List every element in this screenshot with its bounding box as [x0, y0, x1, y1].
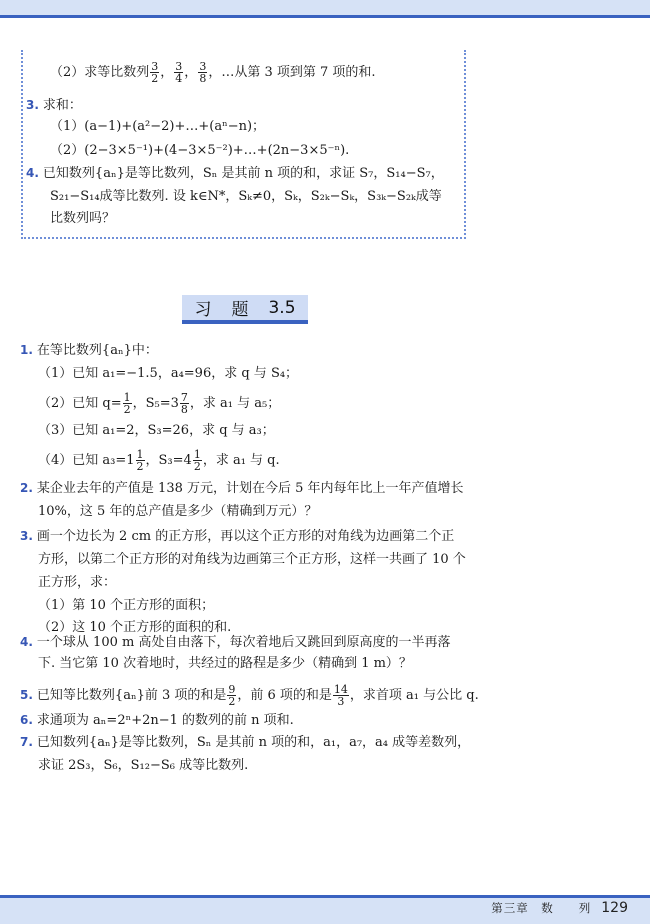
page-footer: 第三章 数 列 129 — [491, 900, 628, 916]
fraction: 78 — [180, 392, 189, 415]
problem-2: 2.某企业去年的产值是 138 万元，计划在今后 5 年内每年比上一年产值增长 — [20, 479, 464, 498]
problem-4: 4.一个球从 100 m 高处自由落下，每次着地后又跳回到原高度的一半再落 — [20, 633, 450, 652]
text: ，…从第 3 项到第 7 项的和. — [208, 65, 375, 80]
denominator: 8 — [198, 73, 207, 84]
text: 求和： — [43, 98, 82, 113]
fraction: 143 — [333, 684, 349, 707]
text: 已知数列{aₙ}是等比数列，Sₙ 是其前 n 项的和，求证 S₇，S₁₄−S₇， — [43, 166, 444, 181]
problem-1-part-2: （2）已知 q=12，S₅=378，求 a₁ 与 a₅； — [38, 392, 280, 415]
denominator: 2 — [150, 73, 159, 84]
problem-7-line-2: 求证 2S₃，S₆，S₁₂−S₆ 成等比数列. — [38, 757, 248, 775]
text: ，S₅=3 — [133, 396, 179, 411]
denominator: 2 — [123, 404, 132, 415]
text: ，求首项 a₁ 与公比 q. — [350, 688, 479, 703]
problem-4-line-2: 下. 当它第 10 次着地时，共经过的路程是多少（精确到 1 m）？ — [38, 655, 412, 673]
item-number: 6. — [20, 713, 33, 727]
item-number: 1. — [20, 343, 33, 357]
denominator: 4 — [174, 73, 183, 84]
item-number: 4. — [20, 635, 33, 649]
text: ，求 a₁ 与 q. — [203, 453, 280, 468]
item-number: 3. — [20, 529, 33, 543]
exercise-3: 3.求和： — [26, 96, 82, 115]
problem-7: 7.已知数列{aₙ}是等比数列，Sₙ 是其前 n 项的和，a₁，a₇，a₄ 成等… — [20, 733, 470, 752]
exercise-4: 4.已知数列{aₙ}是等比数列，Sₙ 是其前 n 项的和，求证 S₇，S₁₄−S… — [26, 164, 444, 183]
chapter-title: 第三章 数 列 — [491, 900, 591, 916]
page-header-band — [0, 0, 650, 15]
text: 已知数列{aₙ}是等比数列，Sₙ 是其前 n 项的和，a₁，a₇，a₄ 成等差数… — [37, 735, 470, 750]
fraction: 38 — [198, 61, 207, 84]
problem-3: 3.画一个边长为 2 cm 的正方形，再以这个正方形的对角线为边画第二个正 — [20, 527, 454, 546]
heading-number: 3.5 — [268, 298, 295, 318]
problem-6: 6.求通项为 aₙ=2ⁿ+2n−1 的数列的前 n 项和. — [20, 711, 294, 730]
problem-1: 1.在等比数列{aₙ}中： — [20, 341, 158, 360]
item-number: 4. — [26, 166, 39, 180]
text: 求通项为 aₙ=2ⁿ+2n−1 的数列的前 n 项和. — [37, 713, 294, 728]
problem-3-part-1: （1）第 10 个正方形的面积； — [38, 597, 214, 615]
page-number: 129 — [601, 900, 628, 916]
item-number: 3. — [26, 98, 39, 112]
text: ，S₃=4 — [146, 453, 192, 468]
denominator: 2 — [136, 461, 145, 472]
fraction: 32 — [150, 61, 159, 84]
text: 一个球从 100 m 高处自由落下，每次着地后又跳回到原高度的一半再落 — [37, 635, 451, 650]
problem-1-part-3: （3）已知 a₁=2，S₃=26，求 q 与 a₃； — [38, 422, 275, 440]
item-number: 7. — [20, 735, 33, 749]
exercise-3-part-1: （1）(a−1)+(a²−2)+…+(aⁿ−n)； — [50, 118, 265, 136]
denominator: 2 — [227, 696, 236, 707]
exercise-4-line-2: S₂₁−S₁₄成等比数列. 设 k∈N*，Sₖ≠0，Sₖ，S₂ₖ−Sₖ，S₃ₖ−… — [50, 188, 442, 206]
heading-char: 习 — [194, 295, 211, 320]
text: （2）已知 q= — [38, 396, 122, 411]
text: ，前 6 项的和是 — [237, 688, 332, 703]
problem-3-line-3: 正方形，求： — [38, 574, 116, 592]
text: （4）已知 a₃=1 — [38, 453, 135, 468]
exercise-3-part-2: （2）(2−3×5⁻¹)+(4−3×5⁻²)+…+(2n−3×5⁻ⁿ). — [50, 142, 349, 160]
fraction: 12 — [193, 449, 202, 472]
header-rule — [0, 15, 650, 18]
exercise-4-line-3: 比数列吗？ — [50, 210, 115, 228]
problem-1-part-4: （4）已知 a₃=112，S₃=412，求 a₁ 与 q. — [38, 449, 280, 472]
problem-2-line-2: 10%，这 5 年的总产值是多少（精确到万元）？ — [38, 503, 317, 521]
fraction: 12 — [136, 449, 145, 472]
denominator: 8 — [180, 404, 189, 415]
exercise-2-part-2: （2）求等比数列32，34，38，…从第 3 项到第 7 项的和. — [50, 61, 376, 84]
heading-char: 题 — [231, 295, 248, 320]
text: （2）求等比数列 — [50, 65, 149, 80]
text: ，求 a₁ 与 a₅； — [190, 396, 280, 411]
fraction: 34 — [174, 61, 183, 84]
problem-3-line-2: 方形，以第二个正方形的对角线为边画第三个正方形，这样一共画了 10 个 — [38, 551, 466, 569]
denominator: 2 — [193, 461, 202, 472]
fraction: 12 — [123, 392, 132, 415]
item-number: 5. — [20, 688, 33, 702]
text: 某企业去年的产值是 138 万元，计划在今后 5 年内每年比上一年产值增长 — [37, 481, 464, 496]
text: 已知等比数列{aₙ}前 3 项的和是 — [37, 688, 226, 703]
section-heading: 习 题 3.5 — [182, 295, 308, 324]
item-number: 2. — [20, 481, 33, 495]
text: 在等比数列{aₙ}中： — [37, 343, 158, 358]
denominator: 3 — [333, 696, 349, 707]
problem-5: 5.已知等比数列{aₙ}前 3 项的和是92，前 6 项的和是143，求首项 a… — [20, 684, 479, 707]
problem-1-part-1: （1）已知 a₁=−1.5，a₄=96，求 q 与 S₄； — [38, 365, 298, 383]
text: 画一个边长为 2 cm 的正方形，再以这个正方形的对角线为边画第二个正 — [37, 529, 454, 544]
fraction: 92 — [227, 684, 236, 707]
